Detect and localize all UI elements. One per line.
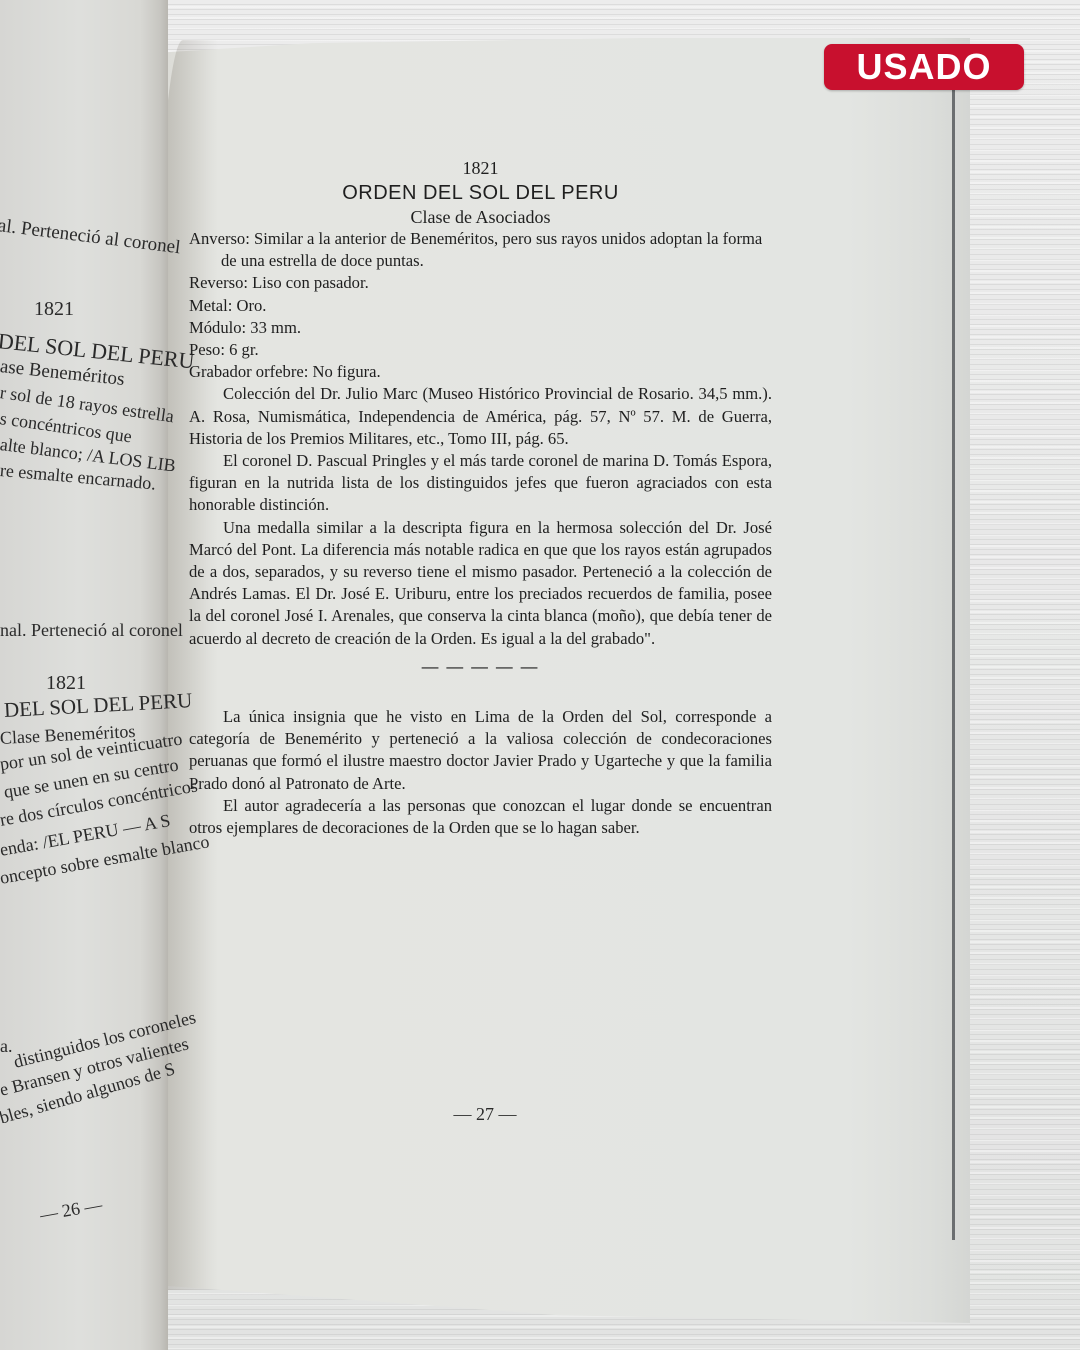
page-subtitle: Clase de Asociados	[189, 206, 772, 228]
field-metal: Metal: Oro.	[189, 295, 772, 317]
field-peso: Peso: 6 gr.	[189, 339, 772, 361]
left-year: 1821	[46, 672, 86, 695]
field-modulo: Módulo: 33 mm.	[189, 317, 772, 339]
left-line: nal. Perteneció al coronel	[0, 620, 183, 641]
left-line: a.	[0, 1036, 13, 1057]
page-title: ORDEN DEL SOL DEL PERU	[189, 180, 772, 206]
left-line: al. Perteneció al coronel	[0, 215, 182, 259]
left-page: al. Perteneció al coronel 1821 DEL SOL D…	[0, 0, 168, 1350]
year-heading: 1821	[189, 156, 772, 180]
left-title: DEL SOL DEL PERU	[3, 688, 192, 723]
field-reverso: Reverso: Liso con pasador.	[189, 272, 772, 294]
section-separator: — — — — —	[189, 656, 772, 678]
paragraph-autor: El autor agradecería a las personas que …	[189, 795, 772, 839]
page-edge-line	[952, 90, 955, 1240]
paragraph-medalla: Una medalla similar a la descripta figur…	[189, 517, 772, 650]
paragraph-lima: La única insignia que he visto en Lima d…	[189, 706, 772, 795]
page-number: — 27 —	[440, 1104, 530, 1125]
paragraph-coleccion: Colección del Dr. Julio Marc (Museo Hist…	[189, 383, 772, 450]
field-anverso: Anverso: Similar a la anterior de Benemé…	[189, 228, 772, 272]
used-badge: USADO	[824, 44, 1024, 90]
paragraph-pringles: El coronel D. Pascual Pringles y el más …	[189, 450, 772, 517]
left-year: 1821	[34, 298, 74, 321]
page-content: 1821 ORDEN DEL SOL DEL PERU Clase de Aso…	[189, 156, 772, 839]
field-grabador: Grabador orfebre: No figura.	[189, 361, 772, 383]
left-page-number: — 26 —	[38, 1194, 104, 1226]
